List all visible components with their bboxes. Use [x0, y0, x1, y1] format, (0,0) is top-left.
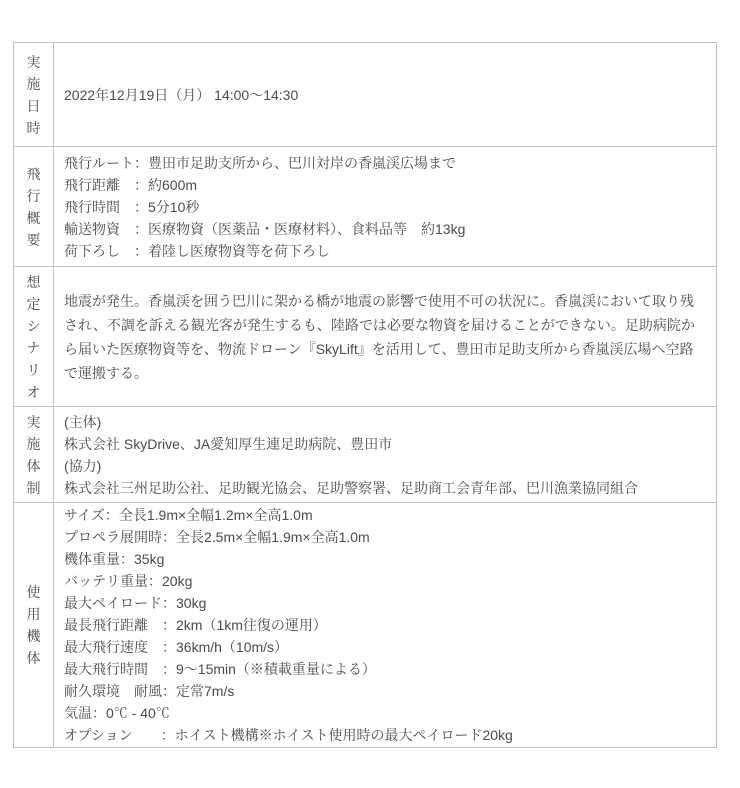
scenario-paragraph: 地震が発生。香嵐渓を囲う巴川に架かる橋が地震の影響で使用不可の状況に。香嵐渓にお… [64, 289, 706, 385]
max-payload-line: 最大ペイロード：30kg [64, 592, 706, 614]
table-row-flight-overview: 飛行概要 飛行ルート：豊田市足助支所から、巴川対岸の香嵐渓広場まで 飛行距離 ：… [14, 147, 716, 267]
wind-resistance-line: 耐久環境 耐風：定常7m/s [64, 680, 706, 702]
row-header-label: 飛行概要 [26, 163, 41, 251]
main-organizer-heading: (主体) [64, 411, 706, 433]
datetime-value: 2022年12月19日（月） 14:00～14:30 [64, 84, 706, 106]
row-header-datetime: 実施日時 [14, 43, 54, 146]
row-header-label: 実施体制 [26, 411, 41, 499]
row-content-flight-overview: 飛行ルート：豊田市足助支所から、巴川対岸の香嵐渓広場まで 飛行距離 ：約600m… [54, 147, 716, 266]
page: 実施日時 2022年12月19日（月） 14:00～14:30 飛行概要 飛行ル… [0, 0, 740, 788]
demonstration-info-table: 実施日時 2022年12月19日（月） 14:00～14:30 飛行概要 飛行ル… [13, 42, 717, 748]
row-header-label: 使用機体 [26, 581, 41, 669]
cooperation-heading: (協力) [64, 455, 706, 477]
aircraft-weight-line: 機体重量：35kg [64, 548, 706, 570]
table-row-scenario: 想定シナリオ 地震が発生。香嵐渓を囲う巴川に架かる橋が地震の影響で使用不可の状況… [14, 267, 716, 407]
unloading-line: 荷下ろし ：着陸し医療物資等を荷下ろし [64, 240, 706, 262]
max-flight-time-line: 最大飛行時間 ：9～15min（※積載重量による） [64, 658, 706, 680]
row-header-flight-overview: 飛行概要 [14, 147, 54, 266]
flight-distance-line: 飛行距離 ：約600m [64, 174, 706, 196]
row-header-label: 実施日時 [26, 51, 41, 139]
row-header-scenario: 想定シナリオ [14, 267, 54, 406]
row-content-organization: (主体) 株式会社 SkyDrive、JA愛知厚生連足助病院、豊田市 (協力) … [54, 407, 716, 502]
cargo-line: 輸送物資 ：医療物資（医薬品・医療材料）、食料品等 約13kg [64, 218, 706, 240]
flight-time-line: 飛行時間 ：5分10秒 [64, 196, 706, 218]
cooperation-names: 株式会社三州足助公社、足助観光協会、足助警察署、足助商工会青年部、巴川漁業協同組… [64, 477, 706, 499]
row-header-label: 想定シナリオ [26, 271, 41, 403]
propeller-size-line: プロペラ展開時：全長2.5m×全幅1.9m×全高1.0m [64, 526, 706, 548]
max-flight-distance-line: 最長飛行距離 ：2km（1km往復の運用） [64, 614, 706, 636]
table-row-aircraft: 使用機体 サイズ：全長1.9m×全幅1.2m×全高1.0m プロペラ展開時：全長… [14, 503, 716, 747]
battery-weight-line: バッテリ重量：20kg [64, 570, 706, 592]
flight-route-line: 飛行ルート：豊田市足助支所から、巴川対岸の香嵐渓広場まで [64, 152, 706, 174]
option-hoist-line: オプション ：ホイスト機構※ホイスト使用時の最大ペイロード20kg [64, 724, 706, 746]
row-content-datetime: 2022年12月19日（月） 14:00～14:30 [54, 43, 716, 146]
row-content-aircraft: サイズ：全長1.9m×全幅1.2m×全高1.0m プロペラ展開時：全長2.5m×… [54, 503, 716, 747]
table-row-organization: 実施体制 (主体) 株式会社 SkyDrive、JA愛知厚生連足助病院、豊田市 … [14, 407, 716, 503]
max-flight-speed-line: 最大飛行速度 ：36km/h（10m/s） [64, 636, 706, 658]
table-row-datetime: 実施日時 2022年12月19日（月） 14:00～14:30 [14, 43, 716, 147]
temperature-range-line: 気温：0℃ - 40℃ [64, 702, 706, 724]
row-content-scenario: 地震が発生。香嵐渓を囲う巴川に架かる橋が地震の影響で使用不可の状況に。香嵐渓にお… [54, 267, 716, 406]
aircraft-size-line: サイズ：全長1.9m×全幅1.2m×全高1.0m [64, 504, 706, 526]
row-header-organization: 実施体制 [14, 407, 54, 502]
main-organizer-names: 株式会社 SkyDrive、JA愛知厚生連足助病院、豊田市 [64, 433, 706, 455]
row-header-aircraft: 使用機体 [14, 503, 54, 747]
